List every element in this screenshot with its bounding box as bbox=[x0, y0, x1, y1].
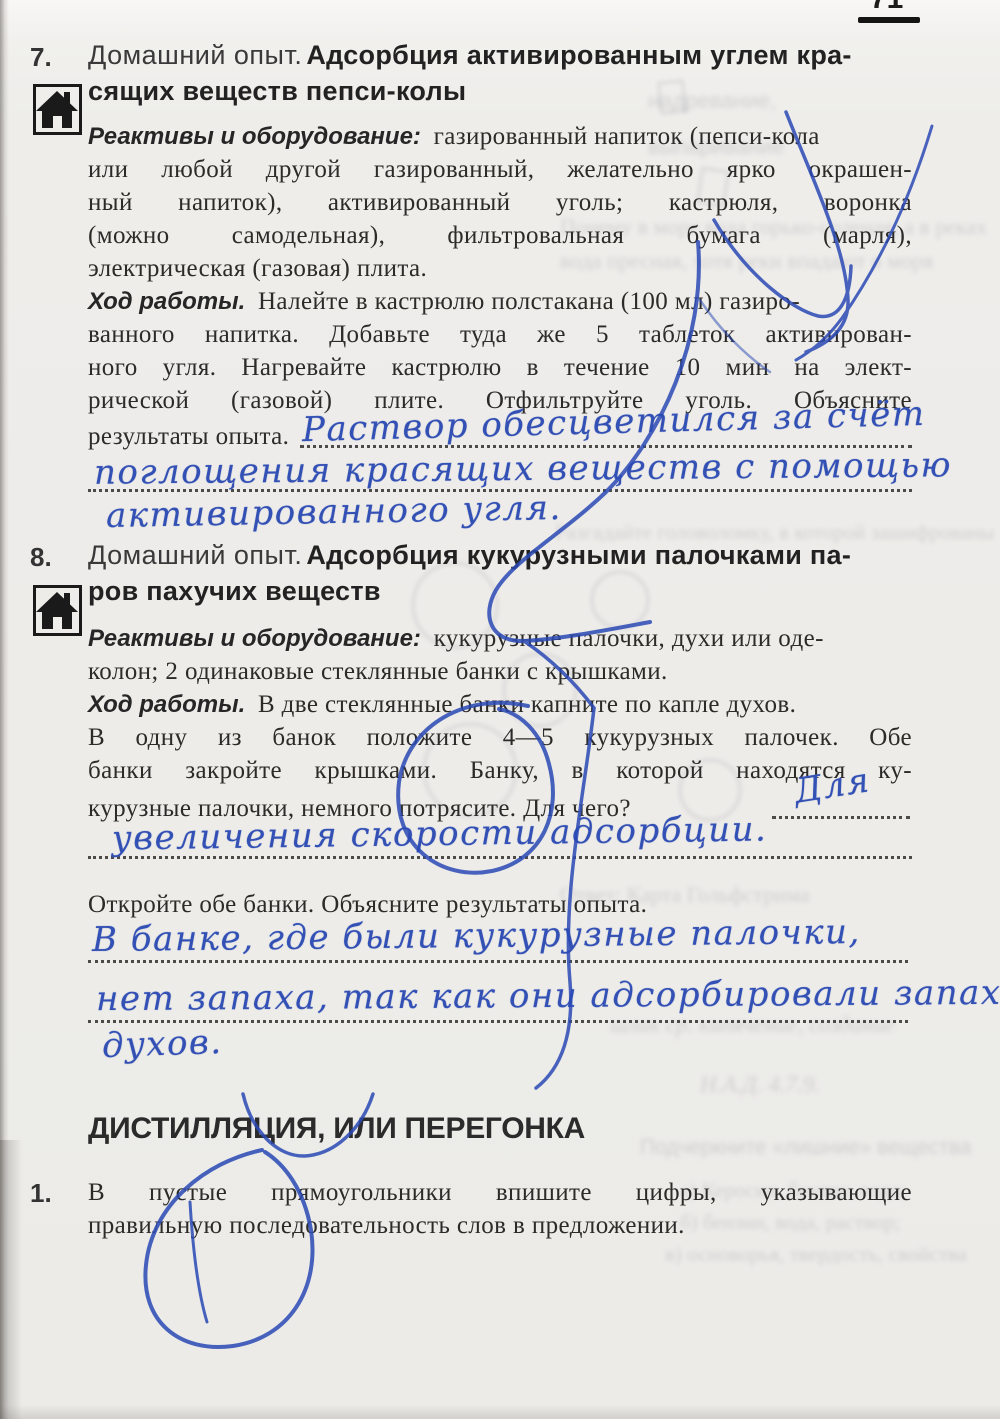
task8-title-line2: ров пахучих веществ bbox=[88, 576, 381, 607]
handwritten-answer: активированного угля. bbox=[106, 488, 562, 536]
task8-reagents-line0: Реактивы и оборудование: кукурузные пало… bbox=[88, 622, 824, 655]
task7-procedure-line0: Ход работы. Налейте в кастрюлю полстакан… bbox=[88, 285, 800, 318]
task7-procedure-line4: результаты опыта. bbox=[88, 420, 289, 453]
task7-procedure-line1: ванного напитка. Добавьте туда же 5 табл… bbox=[88, 318, 912, 351]
task7-reagents-text0: газированный напиток (пепси-кола bbox=[434, 123, 820, 150]
task1-number: 1. bbox=[30, 1178, 52, 1209]
task7-title-bold: Адсорбция активированным углем кра- bbox=[306, 40, 851, 70]
task7-label: Домашний опыт. bbox=[88, 40, 302, 70]
task8-procedure-line1: В одну из банок положите 4—5 кукурузных … bbox=[88, 721, 912, 754]
answer-dotted-line bbox=[772, 816, 910, 819]
home-experiment-icon bbox=[33, 585, 82, 636]
task8-procedure-text0: В две стеклянные банки капните по капле … bbox=[258, 691, 796, 718]
task7-procedure-text0: Налейте в кастрюлю полстакана (100 мл) г… bbox=[258, 288, 800, 315]
section-title: ДИСТИЛЛЯЦИЯ, ИЛИ ПЕРЕГОНКА bbox=[88, 1112, 585, 1146]
procedure-label: Ход работы. bbox=[88, 288, 251, 315]
task7-reagents-line2: ный напиток), активированный уголь; каст… bbox=[88, 186, 912, 219]
task7-reagents-line4: электрическая (газовая) плита. bbox=[88, 252, 427, 285]
task7-reagents-line3: (можно самодельная), фильтровальная бума… bbox=[88, 219, 912, 252]
task1-line0: В пустые прямоугольники впишите цифры, у… bbox=[88, 1176, 912, 1209]
procedure-label: Ход работы. bbox=[88, 691, 251, 718]
task8-reagents-text0: кукурузные палочки, духи или оде- bbox=[434, 625, 824, 652]
task7-title-line1: Домашний опыт. Адсорбция активированным … bbox=[88, 40, 918, 71]
reagents-label: Реактивы и оборудование: bbox=[88, 123, 427, 150]
task8-title-bold: Адсорбция кукурузными палочками па- bbox=[306, 540, 851, 570]
workbook-page-scan: 71 надревание, выпаривание Почему в море… bbox=[0, 0, 1000, 1419]
handwritten-answer: поглощения красящих веществ с помощью bbox=[94, 445, 952, 492]
task8-reagents-line1: колон; 2 одинаковые стеклянные банки с к… bbox=[88, 655, 668, 688]
task8-number: 8. bbox=[30, 542, 52, 573]
task7-reagents-line0: Реактивы и оборудование: газированный на… bbox=[88, 120, 820, 153]
task8-procedure-line0: Ход работы. В две стеклянные банки капни… bbox=[88, 688, 796, 721]
handwritten-answer: В банке, где были кукурузные палочки, bbox=[92, 912, 861, 960]
handwritten-answer: духов. bbox=[101, 1022, 223, 1066]
task7-procedure-line2: ного угля. Нагревайте кастрюлю в течение… bbox=[88, 351, 912, 384]
reagents-label: Реактивы и оборудование: bbox=[88, 625, 427, 652]
task7-reagents-line1: или любой другой газированный, желательн… bbox=[88, 153, 912, 186]
handwritten-answer: нет запаха, так как они адсорбировали за… bbox=[96, 973, 1000, 1019]
task8-label: Домашний опыт. bbox=[88, 540, 302, 570]
home-experiment-icon bbox=[33, 84, 82, 135]
task1-line1: правильную последовательность слов в пре… bbox=[88, 1209, 685, 1242]
task7-number: 7. bbox=[30, 42, 52, 73]
task7-title-line2: сящих веществ пепси-колы bbox=[88, 76, 466, 107]
answer-dotted-line bbox=[88, 960, 908, 963]
task8-procedure-line2: банки закройте крышками. Банку, в которо… bbox=[88, 754, 912, 787]
task8-title-line1: Домашний опыт. Адсорбция кукурузными пал… bbox=[88, 540, 918, 571]
